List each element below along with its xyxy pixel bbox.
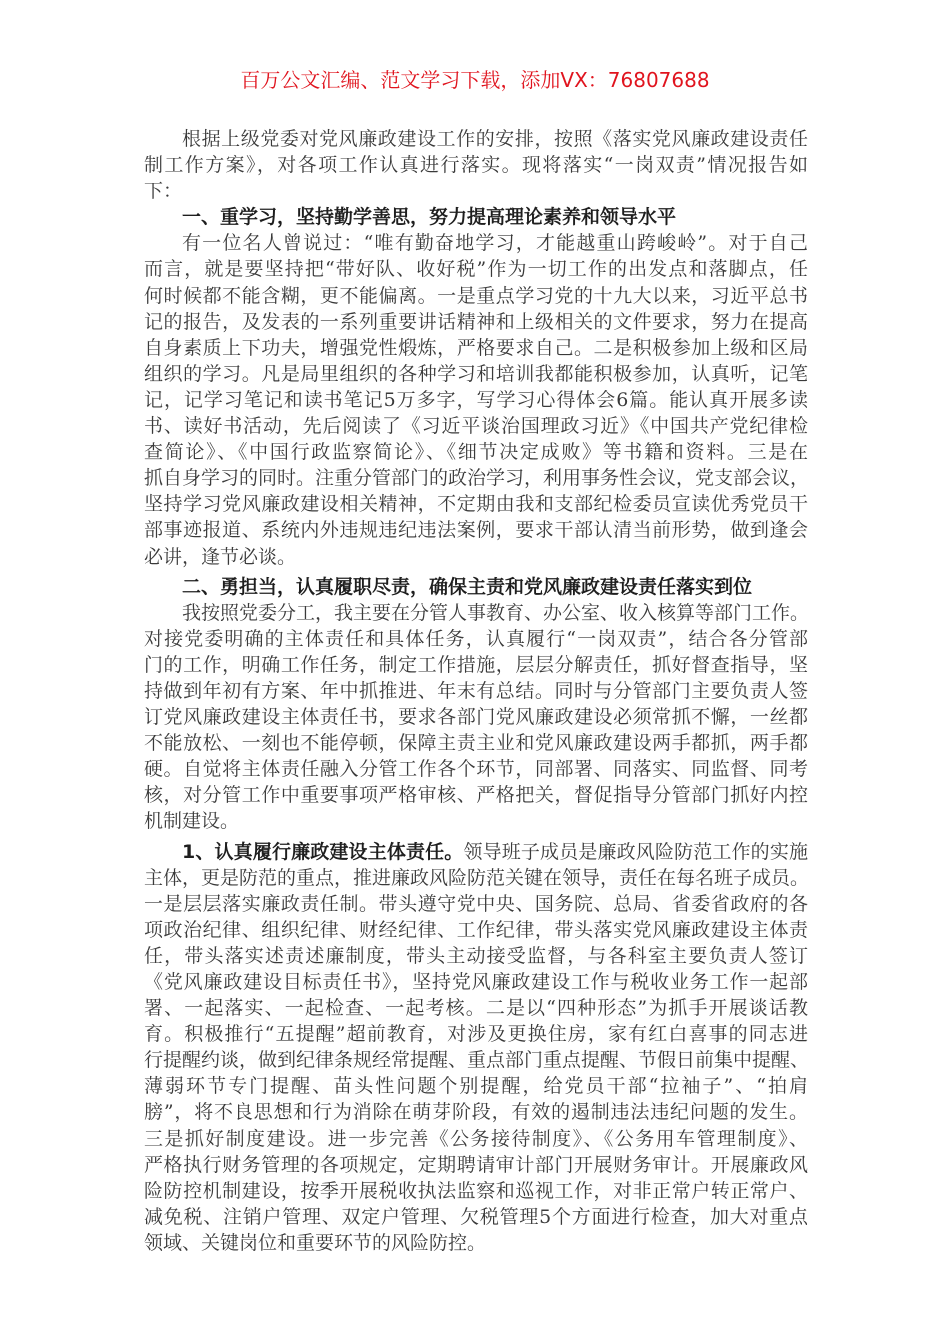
text-span: 领导班子成员是廉政风险防范工作的实施: [463, 841, 808, 863]
section-2-paragraph: 我按照党委分工，我主要在分管人事教育、办公室、收入核算等部门工作。 对接党委明确…: [144, 600, 808, 835]
text-line: 书、读好书活动，先后阅读了《习近平谈治国理政习近》《中国共产党纪律检: [144, 413, 808, 439]
subsection-1-paragraph: 1、认真履行廉政建设主体责任。领导班子成员是廉政风险防范工作的实施 主体，更是防…: [144, 839, 808, 1257]
text-line: 自身素质上下功夫，增强党性煅炼，严格要求自己。二是积极参加上级和区局: [144, 335, 808, 361]
intro-paragraph: 根据上级党委对党风廉政建设工作的安排，按照《落实党风廉政建设责任 制工作方案》，…: [144, 126, 808, 204]
section-heading-1: 一、重学习，坚持勤学善思，努力提高理论素养和领导水平: [144, 204, 808, 230]
text-line: 减免税、注销户管理、双定户管理、欠税管理5个方面进行检查，加大对重点: [144, 1204, 808, 1230]
text-line: 何时候都不能含糊，更不能偏离。一是重点学习党的十九大以来，习近平总书: [144, 283, 808, 309]
text-line: 育。积极推行“五提醒”超前教育，对涉及更换住房，家有红白喜事的同志进: [144, 1021, 808, 1047]
text-line: 领域、关键岗位和重要环节的风险防控。: [144, 1230, 808, 1256]
text-line: 记，记学习笔记和读书笔记5万多字，写学习心得体会6篇。能认真开展多读: [144, 387, 808, 413]
text-line: 坚持学习党风廉政建设相关精神，不定期由我和支部纪检委员宣读优秀党员干: [144, 491, 808, 517]
document-page: 百万公文汇编、范文学习下载，添加VX：76807688 根据上级党委对党风廉政建…: [0, 0, 950, 1344]
text-line: 一是层层落实廉政责任制。带头遵守党中央、国务院、总局、省委省政府的各: [144, 891, 808, 917]
text-line: 有一位名人曾说过：“唯有勤奋地学习，才能越重山跨峻岭”。对于自己: [144, 230, 808, 256]
text-line: 下：: [144, 178, 808, 204]
text-line: 严格执行财务管理的各项规定，定期聘请审计部门开展财务审计。开展廉政风: [144, 1152, 808, 1178]
text-line: 记的报告，及发表的一系列重要讲话精神和上级相关的文件要求，努力在提高: [144, 309, 808, 335]
text-line: 查简论》、《中国行政监察简论》、《细节决定成败》等书籍和资料。三是在: [144, 439, 808, 465]
text-line: 险防控机制建设，按季开展税收执法监察和巡视工作，对非正常户转正常户、: [144, 1178, 808, 1204]
text-line: 持做到年初有方案、年中抓推进、年末有总结。同时与分管部门主要负责人签: [144, 678, 808, 704]
text-line: 而言，就是要坚持把“带好队、收好税”作为一切工作的出发点和落脚点，任: [144, 256, 808, 282]
document-body: 根据上级党委对党风廉政建设工作的安排，按照《落实党风廉政建设责任 制工作方案》，…: [144, 126, 808, 1256]
text-line: 薄弱环节专门提醒、苗头性问题个别提醒，给党员干部“拉袖子”、“拍肩: [144, 1073, 808, 1099]
section-heading-2: 二、勇担当，认真履职尽责，确保主责和党风廉政建设责任落实到位: [144, 574, 808, 600]
text-line: 制工作方案》，对各项工作认真进行落实。现将落实“一岗双责”情况报告如: [144, 152, 808, 178]
text-line: 三是抓好制度建设。进一步完善《公务接待制度》、《公务用车管理制度》、: [144, 1126, 808, 1152]
text-line: 必讲，逢节必谈。: [144, 544, 808, 570]
text-line: 订党风廉政建设主体责任书，要求各部门党风廉政建设必须常抓不懈，一丝都: [144, 704, 808, 730]
text-line: 门的工作，明确工作任务，制定工作措施，层层分解责任，抓好督查指导，坚: [144, 652, 808, 678]
text-line: 不能放松、一刻也不能停顿，保障主责主业和党风廉政建设两手都抓，两手都: [144, 730, 808, 756]
text-line: 核，对分管工作中重要事项严格审核、严格把关，督促指导分管部门抓好内控: [144, 782, 808, 808]
subsection-1-first-line: 1、认真履行廉政建设主体责任。领导班子成员是廉政风险防范工作的实施: [144, 839, 808, 865]
text-line: 根据上级党委对党风廉政建设工作的安排，按照《落实党风廉政建设责任: [144, 126, 808, 152]
section-1-paragraph: 有一位名人曾说过：“唯有勤奋地学习，才能越重山跨峻岭”。对于自己 而言，就是要坚…: [144, 230, 808, 569]
text-line: 部事迹报道、系统内外违规违纪违法案例，要求干部认清当前形势，做到逢会: [144, 517, 808, 543]
text-line: 组织的学习。凡是局里组织的各种学习和培训我都能积极参加，认真听，记笔: [144, 361, 808, 387]
text-line: 行提醒约谈，做到纪律条规经常提醒、重点部门重点提醒、节假日前集中提醒、: [144, 1047, 808, 1073]
text-line: 我按照党委分工，我主要在分管人事教育、办公室、收入核算等部门工作。: [144, 600, 808, 626]
text-line: 主体，更是防范的重点，推进廉政风险防范关键在领导，责任在每名班子成员。: [144, 865, 808, 891]
text-line: 项政治纪律、组织纪律、财经纪律、工作纪律，带头落实党风廉政建设主体责: [144, 917, 808, 943]
text-line: 硬。自觉将主体责任融入分管工作各个环节，同部署、同落实、同监督、同考: [144, 756, 808, 782]
text-line: 膀”，将不良思想和行为消除在萌芽阶段，有效的遏制违法违纪问题的发生。: [144, 1099, 808, 1125]
text-line: 任，带头落实述责述廉制度，带头主动接受监督，与各科室主要负责人签订: [144, 943, 808, 969]
subsection-1-heading: 1、认真履行廉政建设主体责任。: [182, 841, 463, 863]
text-line: 抓自身学习的同时。注重分管部门的政治学习，利用事务性会议，党支部会议，: [144, 465, 808, 491]
text-line: 署、一起落实、一起检查、一起考核。二是以“四种形态”为抓手开展谈话教: [144, 995, 808, 1021]
text-line: 《党风廉政建设目标责任书》，坚持党风廉政建设工作与税收业务工作一起部: [144, 969, 808, 995]
watermark-banner: 百万公文汇编、范文学习下载，添加VX：76807688: [0, 66, 950, 94]
text-line: 机制建设。: [144, 808, 808, 834]
text-line: 对接党委明确的主体责任和具体任务，认真履行“一岗双责”，结合各分管部: [144, 626, 808, 652]
